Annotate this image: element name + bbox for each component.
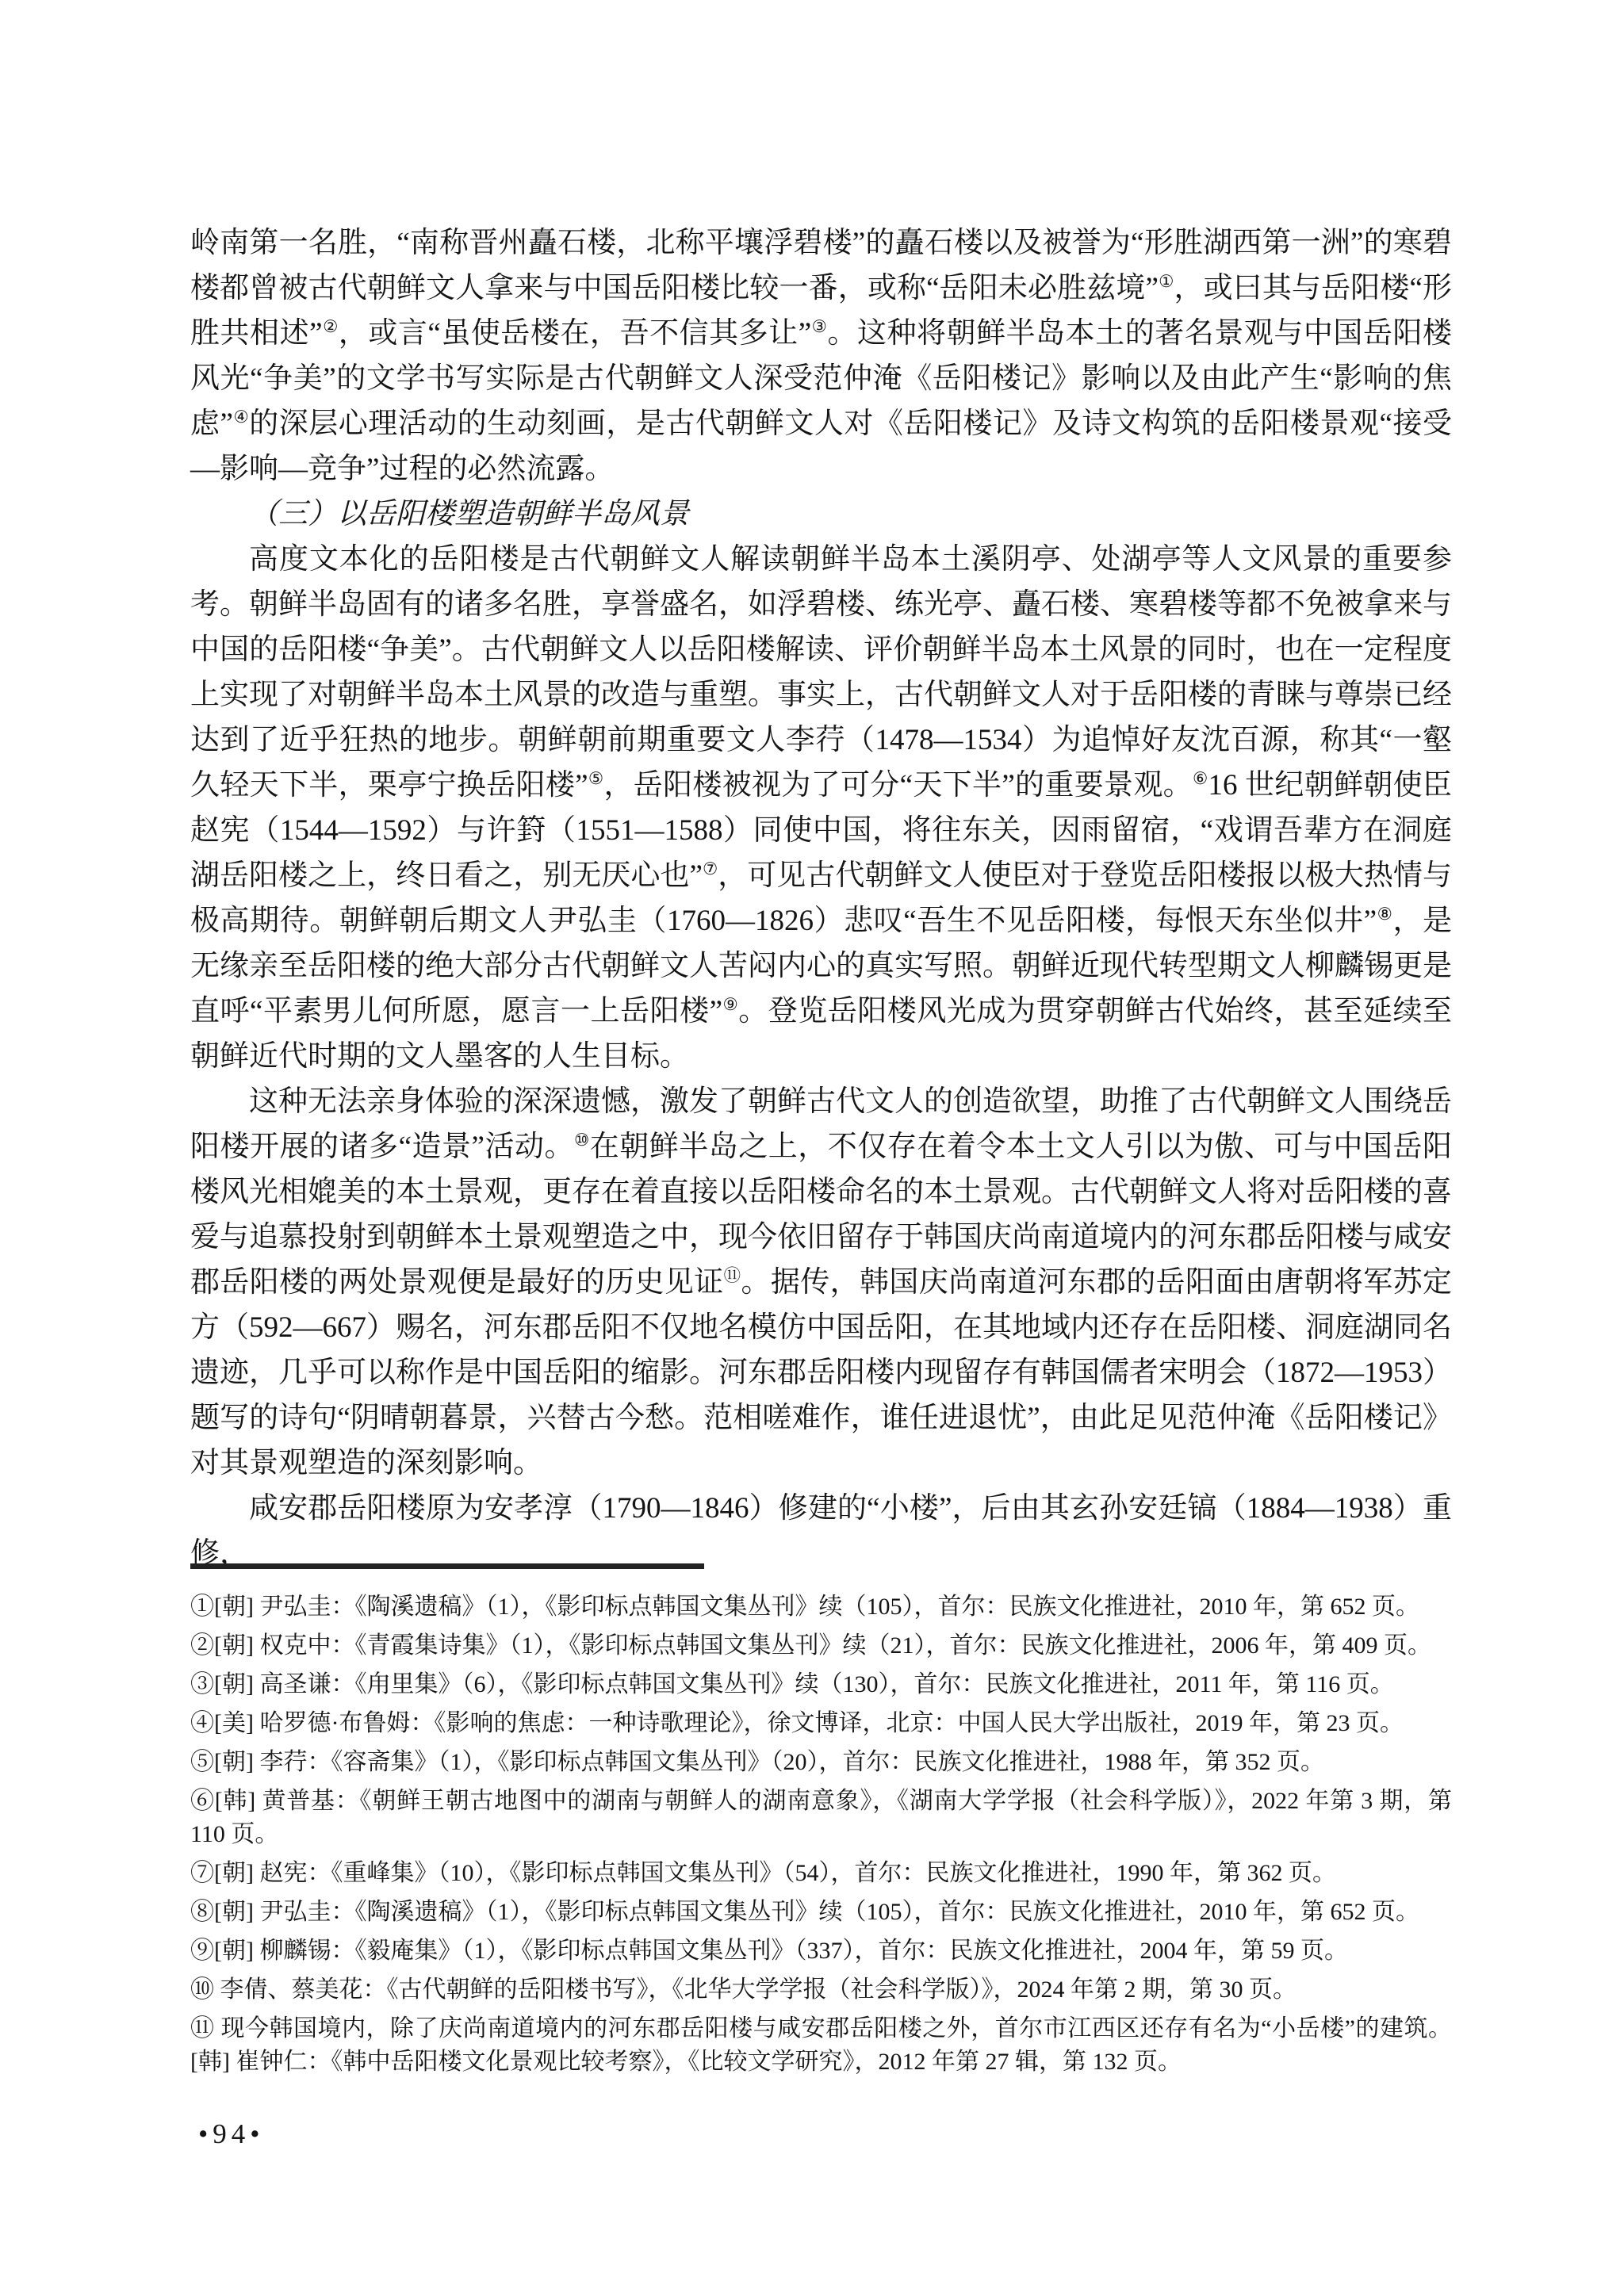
page-number: •94• [198, 2118, 265, 2150]
body-paragraph: 高度文本化的岳阳楼是古代朝鲜文人解读朝鲜半岛本土溪阴亭、处湖亭等人文风景的重要参… [190, 537, 1452, 1079]
body-paragraph: 岭南第一名胜，“南称晋州矗石楼，北称平壤浮碧楼”的矗石楼以及被誉为“形胜湖西第一… [190, 220, 1452, 492]
body-paragraph: 咸安郡岳阳楼原为安孝淳（1790—1846）修建的“小楼”，后由其玄孙安廷镐（1… [190, 1486, 1452, 1576]
footnote-item: ①[朝] 尹弘圭：《陶溪遗稿》（1），《影印标点韩国文集丛刊》续（105），首尔… [190, 1590, 1452, 1624]
document-page: 岭南第一名胜，“南称晋州矗石楼，北称平壤浮碧楼”的矗石楼以及被誉为“形胜湖西第一… [0, 0, 1624, 2296]
footnote-item: ⑪ 现今韩国境内，除了庆尚南道境内的河东郡岳阳楼与咸安郡岳阳楼之外，首尔市江西区… [190, 2012, 1452, 2079]
footnote-item: ⑩ 李倩、蔡美花：《古代朝鲜的岳阳楼书写》，《北华大学学报（社会科学版）》，20… [190, 1973, 1452, 2007]
footnote-item: ⑨[朝] 柳麟锡：《毅庵集》（1），《影印标点韩国文集丛刊》（337），首尔：民… [190, 1934, 1452, 1968]
footnote-item: ⑥[韩] 黄普基：《朝鲜王朝古地图中的湖南与朝鲜人的湖南意象》，《湖南大学学报（… [190, 1785, 1452, 1851]
footnotes-section: ①[朝] 尹弘圭：《陶溪遗稿》（1），《影印标点韩国文集丛刊》续（105），首尔… [190, 1590, 1452, 2084]
footnote-separator-rule [190, 1563, 704, 1569]
article-body: 岭南第一名胜，“南称晋州矗石楼，北称平壤浮碧楼”的矗石楼以及被誉为“形胜湖西第一… [190, 220, 1452, 1576]
footnote-item: ⑤[朝] 李荇：《容斋集》（1），《影印标点韩国文集丛刊》（20），首尔：民族文… [190, 1746, 1452, 1779]
section-heading: （三）以岳阳楼塑造朝鲜半岛风景 [190, 492, 1452, 537]
footnote-item: ⑦[朝] 赵宪：《重峰集》（10），《影印标点韩国文集丛刊》（54），首尔：民族… [190, 1857, 1452, 1890]
footnote-item: ③[朝] 高圣谦：《甪里集》（6），《影印标点韩国文集丛刊》续（130），首尔：… [190, 1668, 1452, 1701]
footnote-item: ②[朝] 权克中：《青霞集诗集》（1），《影印标点韩国文集丛刊》续（21），首尔… [190, 1629, 1452, 1663]
footnote-item: ⑧[朝] 尹弘圭：《陶溪遗稿》（1），《影印标点韩国文集丛刊》续（105），首尔… [190, 1896, 1452, 1929]
body-paragraph: 这种无法亲身体验的深深遗憾，激发了朝鲜古代文人的创造欲望，助推了古代朝鲜文人围绕… [190, 1079, 1452, 1486]
footnote-item: ④[美] 哈罗德·布鲁姆：《影响的焦虑：一种诗歌理论》，徐文博译，北京：中国人民… [190, 1707, 1452, 1740]
